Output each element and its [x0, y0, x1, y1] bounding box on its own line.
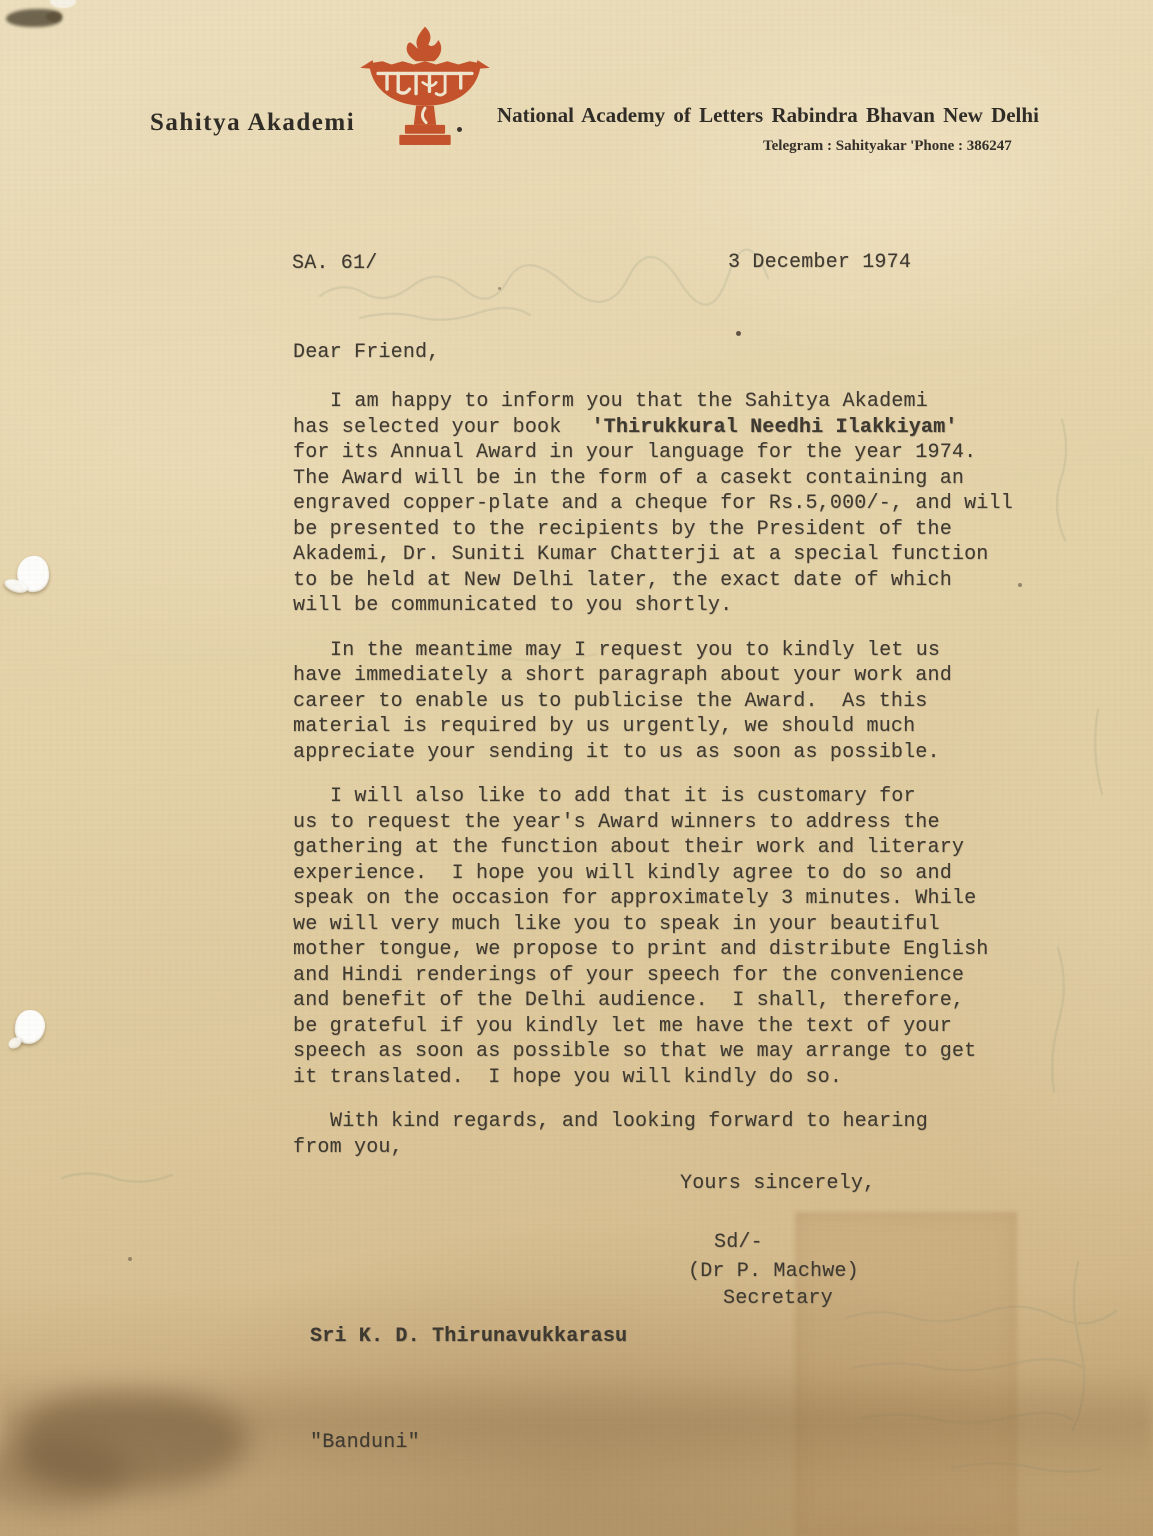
paragraph-3: I will also like to add that it is custo… [293, 784, 1033, 1090]
letter-line: we will very much like you to speak in y… [293, 912, 1033, 938]
letter-line: engraved copper-plate and a cheque for R… [293, 491, 1033, 517]
ink-speck [498, 287, 501, 290]
stain [0, 1280, 1153, 1536]
signatory-title: Secretary [723, 1287, 833, 1310]
book-intro: has selected your book [293, 416, 561, 439]
letter-date: 3 December 1974 [728, 251, 911, 274]
letter-line: I am happy to inform you that the Sahity… [293, 389, 1033, 415]
ink-smudge [46, 12, 62, 22]
letter-line: appreciate your sending it to us as soon… [293, 740, 1033, 766]
reference-number: SA. 61/ [292, 252, 377, 275]
letter-line: and benefit of the Delhi audience. I sha… [293, 988, 1033, 1014]
letter-line: speak on the occasion for approximately … [293, 886, 1033, 912]
letter-line: has selected your book'Thirukkural Needh… [293, 415, 1033, 441]
period-mark [457, 127, 462, 132]
paper-tear-speck [50, 0, 76, 8]
letter-line: The Award will be in the form of a casek… [293, 466, 1033, 492]
signature-sd: Sd/- [714, 1231, 763, 1254]
letter-line: gathering at the function about their wo… [293, 835, 1033, 861]
letter-line: us to request the year's Award winners t… [293, 810, 1033, 836]
letter-line: it translated. I hope you will kindly do… [293, 1065, 1033, 1091]
letter-line: be presented to the recipients by the Pr… [293, 517, 1033, 543]
stain [18, 1392, 248, 1492]
signatory-name: (Dr P. Machwe) [688, 1260, 859, 1283]
letter-line: for its Annual Award in your language fo… [293, 440, 1033, 466]
letter-line: be grateful if you kindly let me have th… [293, 1014, 1033, 1040]
sign-off: Yours sincerely, [680, 1172, 875, 1195]
letter-line: from you, [293, 1135, 1033, 1161]
letter-line: will be communicated to you shortly. [293, 593, 1033, 619]
closing-paragraph: With kind regards, and looking forward t… [293, 1109, 1033, 1160]
paragraph-1: I am happy to inform you that the Sahity… [293, 389, 1033, 619]
letter-line: With kind regards, and looking forward t… [293, 1109, 1033, 1135]
org-subtitle: National Academy of Letters Rabindra Bha… [497, 103, 1039, 128]
scanned-letter-page: Sahitya Akademi National Academy of Lett… [0, 0, 1153, 1536]
salutation: Dear Friend, [293, 341, 439, 364]
letter-line: material is required by us urgently, we … [293, 714, 1033, 740]
letter-line: have immediately a short paragraph about… [293, 663, 1033, 689]
letter-line: I will also like to add that it is custo… [293, 784, 1033, 810]
paragraph-2: In the meantime may I request you to kin… [293, 638, 1033, 766]
org-name: Sahitya Akademi [150, 109, 355, 137]
letter-line: experience. I hope you will kindly agree… [293, 861, 1033, 887]
ink-speck [128, 1257, 132, 1261]
letter-line: Akademi, Dr. Suniti Kumar Chatterji at a… [293, 542, 1033, 568]
telegram-phone-line: Telegram : Sahityakar 'Phone : 386247 [763, 138, 1012, 155]
stain [0, 1372, 1153, 1482]
letter-line: mother tongue, we propose to print and d… [293, 937, 1033, 963]
letter-body: I am happy to inform you that the Sahity… [293, 389, 1033, 1179]
letter-line: speech as soon as possible so that we ma… [293, 1039, 1033, 1065]
stain [0, 1440, 130, 1510]
addressee: Sri K. D. Thirunavukkarasu [310, 1325, 627, 1348]
letter-line: to be held at New Delhi later, the exact… [293, 568, 1033, 594]
annotation-banduni: "Banduni" [310, 1431, 420, 1454]
ink-speck [736, 331, 741, 336]
book-title: 'Thirukkural Needhi Ilakkiyam' [591, 416, 957, 439]
letter-line: and Hindi renderings of your speech for … [293, 963, 1033, 989]
letter-line: career to enable us to publicise the Awa… [293, 689, 1033, 715]
letter-line: In the meantime may I request you to kin… [293, 638, 1033, 664]
sahitya-akademi-lamp-logo-icon [358, 26, 492, 150]
